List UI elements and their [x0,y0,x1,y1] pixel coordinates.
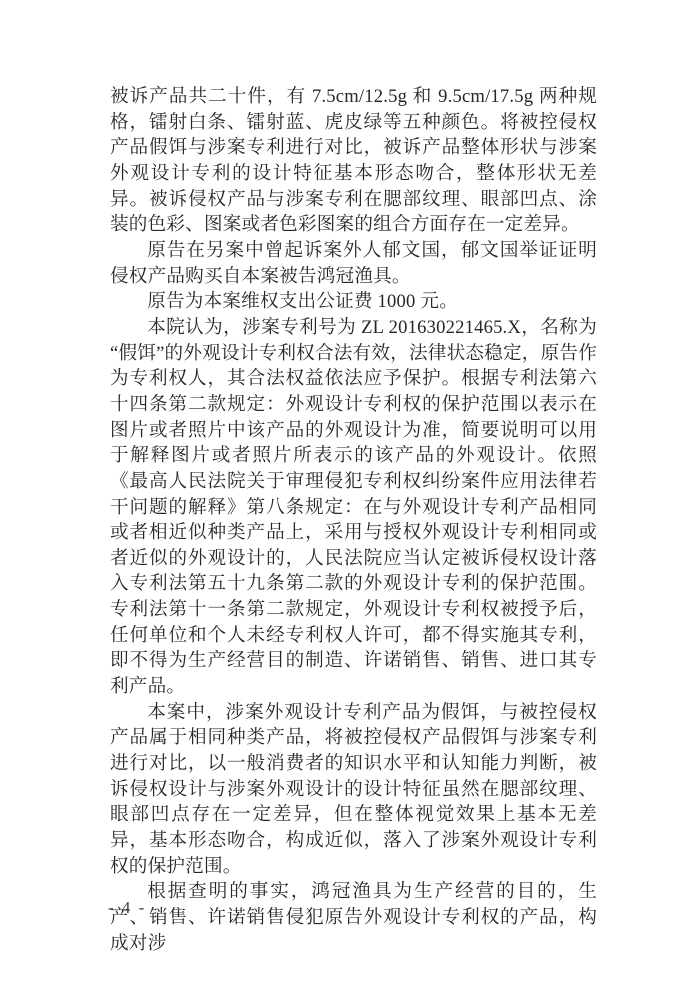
judgment-body-text: 被诉产品共二十件，有 7.5cm/12.5g 和 9.5cm/17.5g 两种规… [110,84,597,956]
paragraph: 原告为本案维权支出公证费 1000 元。 [110,289,597,315]
paragraph: 本案中，涉案外观设计专利产品为假饵，与被控侵权产品属于相同种类产品，将被控侵权产… [110,700,597,880]
paragraph: 本院认为，涉案专利号为 ZL 201630221465.X，名称为“假饵”的外观… [110,315,597,700]
page-number: - 4 - [108,898,146,918]
paragraph: 原告在另案中曾起诉案外人郁文国，郁文国举证证明侵权产品购买自本案被告鸿冠渔具。 [110,238,597,289]
document-page: 被诉产品共二十件，有 7.5cm/12.5g 和 9.5cm/17.5g 两种规… [0,0,700,990]
paragraph: 根据查明的事实，鸿冠渔具为生产经营的目的，生产、销售、许诺销售侵犯原告外观设计专… [110,879,597,956]
paragraph: 被诉产品共二十件，有 7.5cm/12.5g 和 9.5cm/17.5g 两种规… [110,84,597,238]
